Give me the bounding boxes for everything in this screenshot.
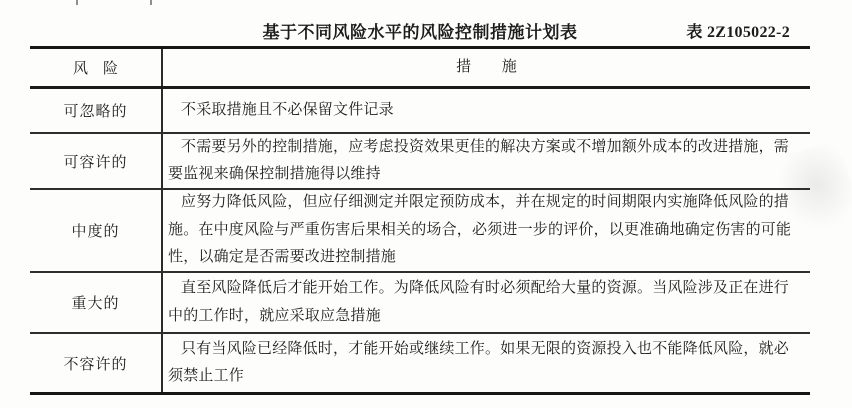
measure-cell: 只有当风险已经降低时，才能开始或继续工作。如果无限的资源投入也不能降低风险，就必… — [163, 334, 810, 392]
table-header-row: 风 险 措 施 — [30, 49, 810, 89]
table-row: 可忽略的 不采取措施且不必保留文件记录 — [30, 89, 810, 134]
risk-level-label: 可忽略的 — [30, 89, 163, 132]
risk-level-label: 重大的 — [30, 273, 163, 332]
risk-level-label: 中度的 — [30, 190, 163, 271]
risk-level-label: 可容许的 — [30, 134, 163, 188]
measure-cell: 应努力降低风险，但应仔细测定并限定预防成本，并在规定的时间期限内实施降低风险的措… — [163, 190, 810, 271]
risk-level-label: 不容许的 — [30, 334, 163, 392]
measure-text: 直至风险降低后才能开始工作。为降低风险有时必须配给大量的资源。当风险涉及正在进行… — [168, 275, 800, 330]
measure-cell: 不采取措施且不必保留文件记录 — [163, 89, 810, 132]
table-row: 中度的 应努力降低风险，但应仔细测定并限定预防成本，并在规定的时间期限内实施降低… — [30, 190, 810, 273]
document-page: 基于不同风险水平的风险控制措施计划表 表 2Z105022-2 风 险 措 施 … — [0, 0, 852, 408]
measure-text: 只有当风险已经降低时，才能开始或继续工作。如果无限的资源投入也不能降低风险，就必… — [168, 336, 800, 391]
header-measure: 措 施 — [163, 49, 810, 86]
measure-cell: 直至风险降低后才能开始工作。为降低风险有时必须配给大量的资源。当风险涉及正在进行… — [163, 273, 810, 332]
scan-artifact-tick — [76, 0, 78, 5]
measure-text: 不采取措施且不必保留文件记录 — [168, 97, 394, 125]
table-number: 表 2Z105022-2 — [686, 19, 790, 42]
table-row: 重大的 直至风险降低后才能开始工作。为降低风险有时必须配给大量的资源。当风险涉及… — [30, 273, 810, 334]
measure-cell: 不需要另外的控制措施，应考虑投资效果更佳的解决方案或不增加额外成本的改进措施，需… — [163, 134, 810, 188]
header-measure-label: 措 施 — [456, 54, 517, 82]
measure-text: 不需要另外的控制措施，应考虑投资效果更佳的解决方案或不增加额外成本的改进措施，需… — [168, 134, 800, 189]
table-row: 可容许的 不需要另外的控制措施，应考虑投资效果更佳的解决方案或不增加额外成本的改… — [30, 134, 810, 190]
risk-control-table: 风 险 措 施 可忽略的 不采取措施且不必保留文件记录 可容许的 不需要另外的控… — [30, 46, 810, 395]
measure-text: 应努力降低风险，但应仔细测定并限定预防成本，并在规定的时间期限内实施降低风险的措… — [168, 189, 800, 272]
table-row: 不容许的 只有当风险已经降低时，才能开始或继续工作。如果无限的资源投入也不能降低… — [30, 334, 810, 392]
scan-artifact-tick — [150, 0, 152, 5]
table-caption-band: 基于不同风险水平的风险控制措施计划表 表 2Z105022-2 — [30, 16, 810, 42]
header-risk: 风 险 — [30, 49, 163, 86]
